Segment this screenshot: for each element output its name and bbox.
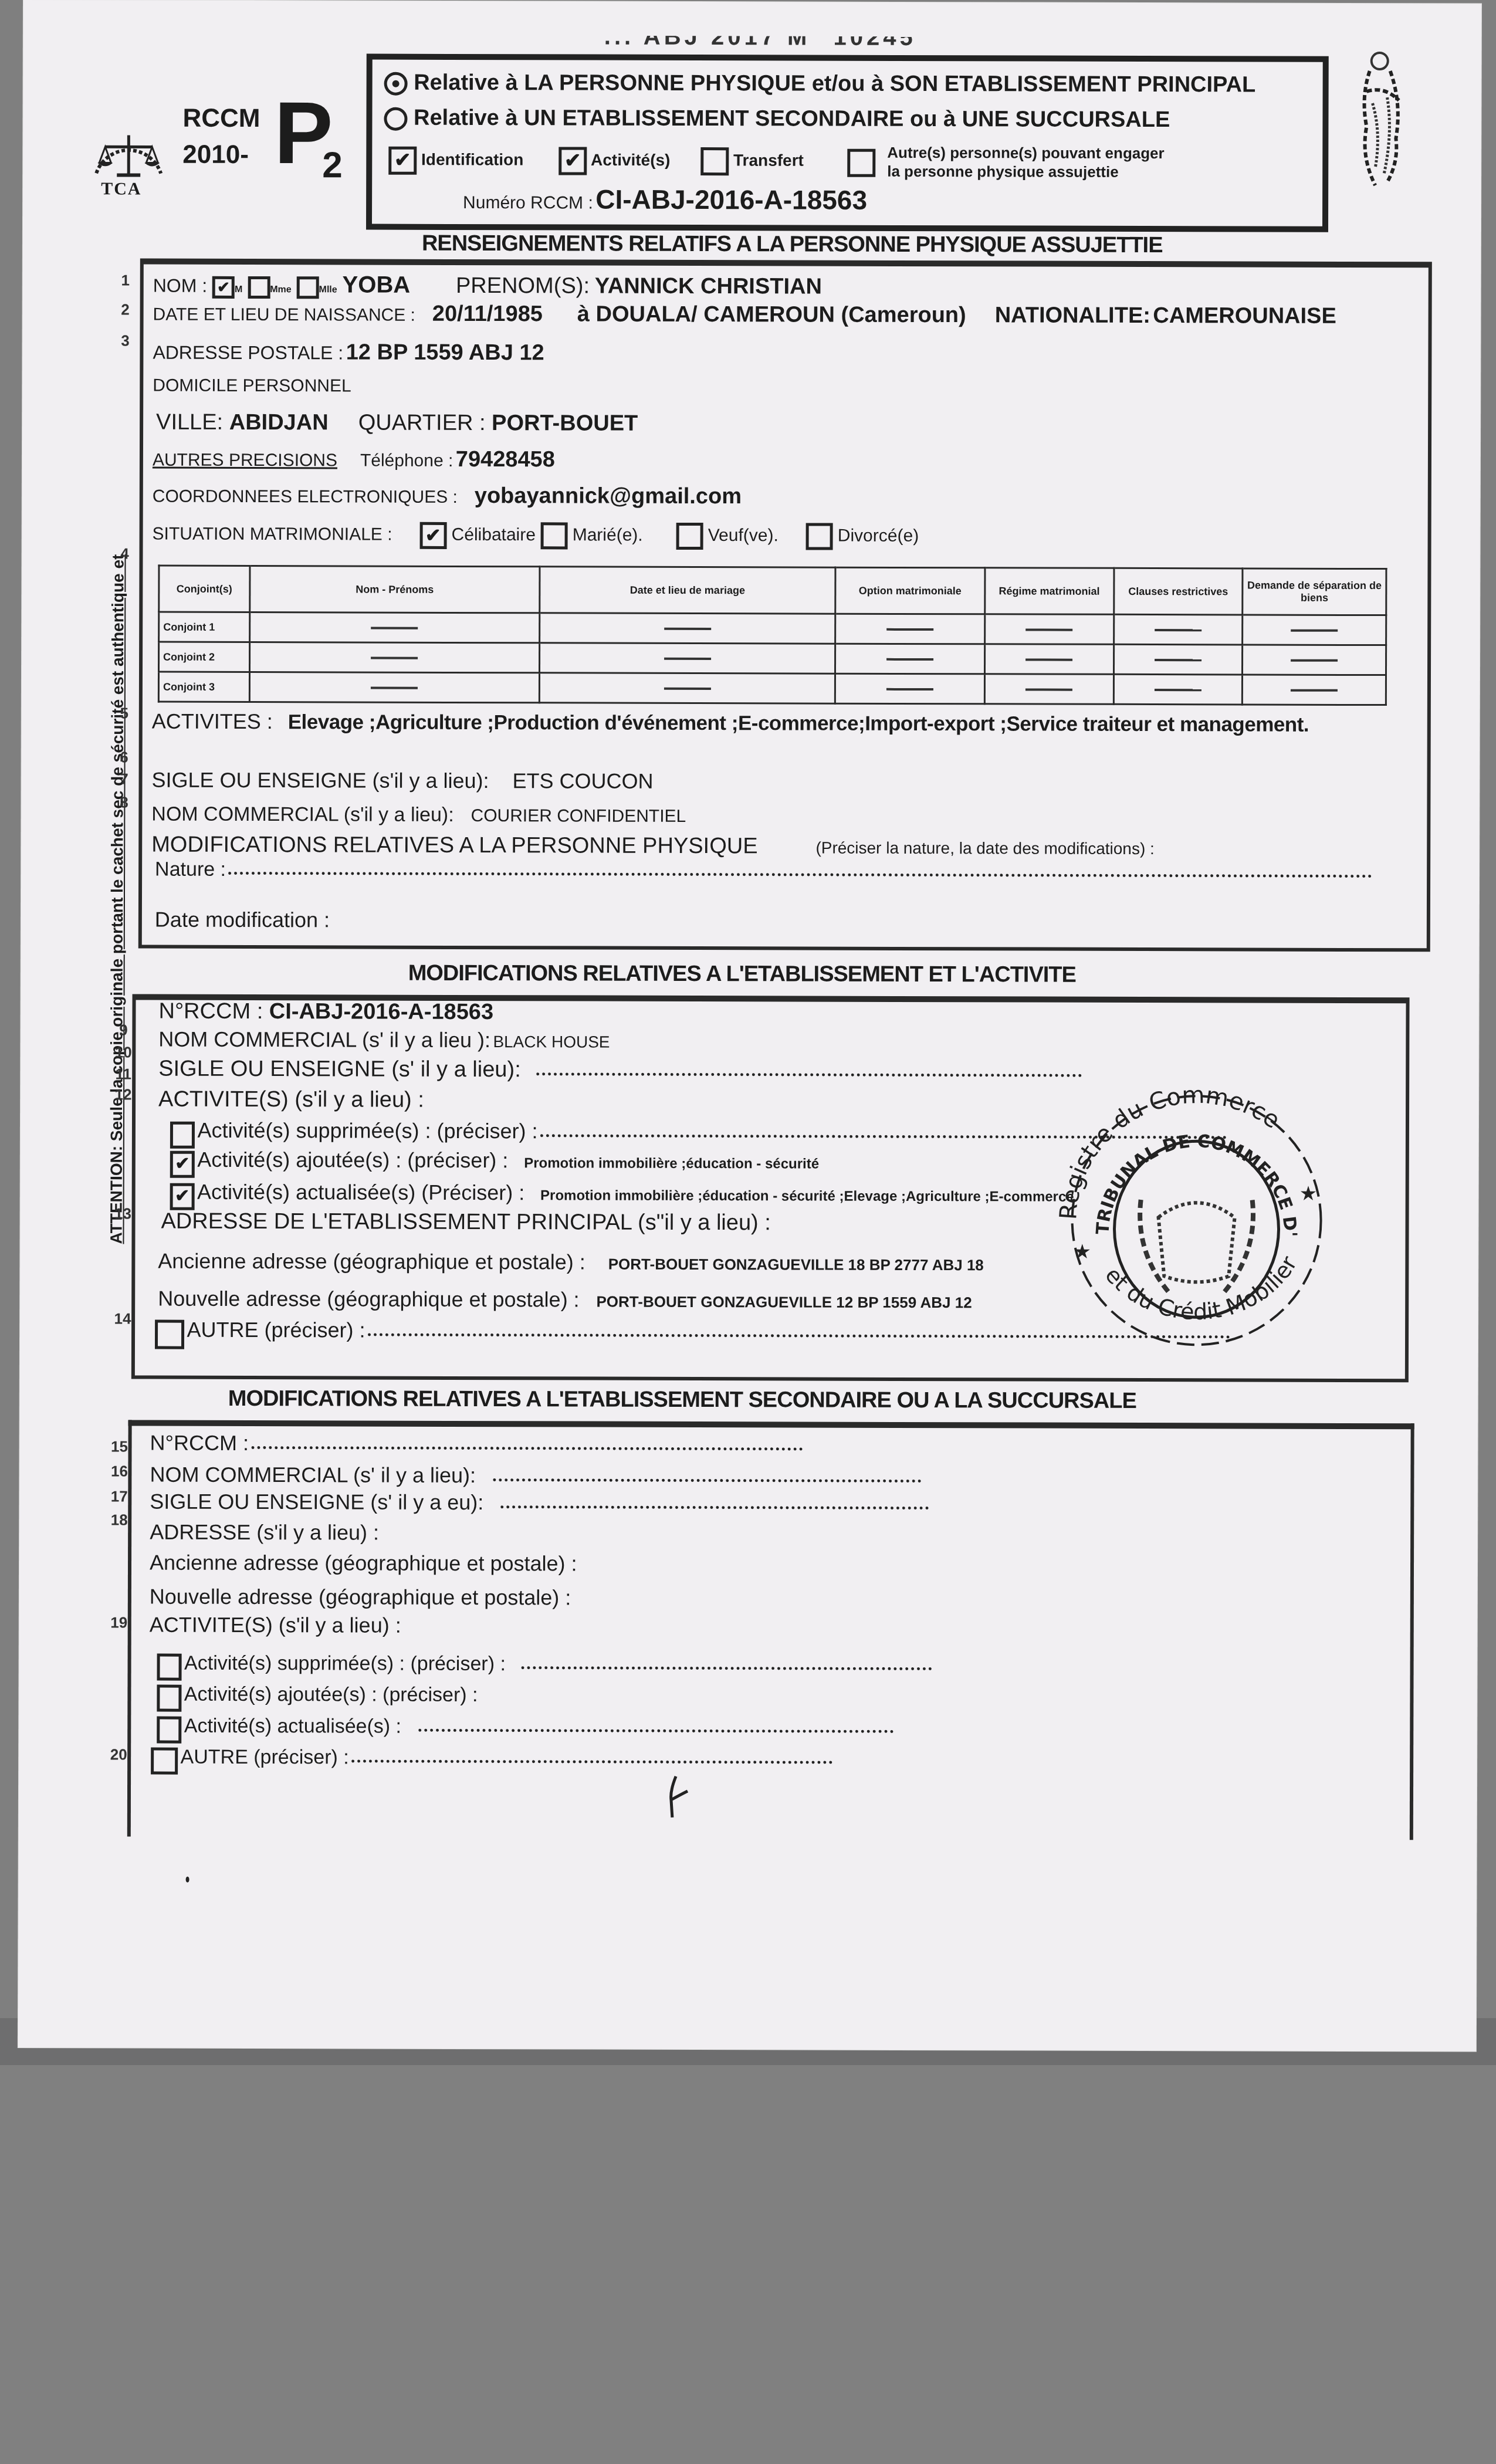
s3-activites-label: ACTIVITE(S) (s'il y a lieu) :	[150, 1613, 401, 1638]
option-label: Marié(e).	[573, 525, 643, 544]
logo-text: TCA	[101, 179, 141, 199]
svg-text:★: ★	[1073, 1241, 1091, 1263]
activity-label: Activité(s) supprimée(s) : (préciser) :	[197, 1118, 537, 1143]
row-number: 18	[101, 1511, 137, 1529]
autres-precisions-label: AUTRES PRECISIONS	[153, 451, 337, 471]
empty-cell-dash	[249, 672, 539, 703]
s2-rccm-row: N°RCCM : CI-ABJ-2016-A-18563	[158, 999, 493, 1025]
top-fragment-text: ... ABJ 2017 M° 10245	[604, 24, 916, 51]
s2-activite-actualisee: Activité(s) actualisée(s) (Préciser) : P…	[170, 1180, 1074, 1213]
stamp-seal-icon: Registre du Commerce et du Crédit Mobili…	[1052, 1082, 1341, 1359]
table-header: Option matrimoniale	[835, 567, 985, 614]
radio-personne-physique[interactable]	[384, 72, 408, 96]
section3-title: MODIFICATIONS RELATIVES A L'ETABLISSEMEN…	[228, 1386, 1136, 1414]
nom-commercial-label: NOM COMMERCIAL (s' il y a lieu ):	[158, 1027, 490, 1052]
s3-activite-supprimee-input-line[interactable]	[522, 1666, 932, 1670]
table-header: Conjoint(s)	[159, 566, 250, 612]
naissance-date: 20/11/1985	[432, 302, 543, 326]
row-number: 5	[107, 704, 142, 722]
empty-cell-dash	[1113, 644, 1243, 675]
conjoints-table: Conjoint(s) Nom - Prénoms Date et lieu d…	[158, 565, 1387, 706]
nouvelle-adresse-label: Nouvelle adresse (géographique et postal…	[158, 1287, 580, 1312]
dash-placeholder	[1155, 689, 1201, 691]
signature-mark-icon	[664, 1773, 693, 1820]
conjoint-label: Conjoint 3	[158, 672, 249, 702]
activity-label: Activité(s) actualisée(s) (Préciser) :	[197, 1180, 524, 1204]
s2-nouvelle-adresse-row: Nouvelle adresse (géographique et postal…	[158, 1287, 972, 1314]
rccm-value: CI-ABJ-2016-A-18563	[269, 999, 493, 1024]
form-subscript: 2	[322, 144, 343, 186]
form-code: RCCM 2010-	[182, 100, 260, 173]
checkbox-activites-box[interactable]	[559, 147, 587, 175]
official-stamp: Registre du Commerce et du Crédit Mobili…	[1052, 1082, 1341, 1359]
empty-cell-dash	[249, 642, 539, 673]
checkbox-transfert[interactable]: Transfert	[700, 147, 804, 175]
empty-cell-dash	[1243, 615, 1386, 645]
sigle-label: SIGLE OU ENSEIGNE (s' il y a lieu):	[158, 1057, 521, 1082]
empty-cell-dash	[1243, 645, 1386, 675]
activity-value: Promotion immobilière ;éducation - sécur…	[524, 1155, 819, 1172]
civility-label: M	[235, 285, 242, 295]
checkbox-autres-personnes-label: Autre(s) personne(s) pouvant engager la …	[887, 143, 1165, 181]
svg-text:★: ★	[1299, 1183, 1318, 1205]
civility-mme-checkbox[interactable]	[248, 276, 270, 299]
table-header: Nom - Prénoms	[250, 566, 540, 613]
row-number: 7	[106, 770, 141, 788]
s3-adresse-label: ADRESSE (s'il y a lieu) :	[150, 1520, 379, 1545]
ancienne-adresse-label: Ancienne adresse (géographique et postal…	[158, 1249, 585, 1274]
email-row: COORDONNEES ELECTRONIQUES : yobayannick@…	[153, 483, 742, 510]
dash-placeholder	[1155, 629, 1201, 631]
dash-placeholder	[664, 628, 711, 630]
activites-row: ACTIVITES : Elevage ;Agriculture ;Produc…	[152, 709, 1384, 738]
civility-label: Mme	[270, 285, 291, 295]
row-number: 13	[106, 1204, 141, 1223]
nom-commercial-row: NOM COMMERCIAL (s'il y a lieu): COURIER …	[151, 803, 686, 827]
row-number: 4	[107, 544, 142, 563]
checkbox-label: Identification	[421, 150, 523, 168]
naissance-lieu: à DOUALA/ CAMEROUN (Cameroun)	[577, 302, 966, 327]
sigle-label: SIGLE OU ENSEIGNE (s' il y a eu):	[150, 1490, 483, 1514]
autre-label: AUTRE (préciser) :	[181, 1746, 349, 1769]
activites-value: Elevage ;Agriculture ;Production d'événe…	[288, 709, 1384, 738]
ancienne-adresse-value: PORT-BOUET GONZAGUEVILLE 18 BP 2777 ABJ …	[608, 1255, 984, 1274]
rccm-label: N°RCCM :	[158, 999, 263, 1024]
s3-activite-supprimee: Activité(s) supprimée(s) : (préciser) :	[157, 1652, 932, 1683]
civility-m-checkbox[interactable]	[212, 276, 235, 298]
ville-label: VILLE:	[156, 410, 223, 435]
dash-placeholder	[1291, 659, 1338, 661]
checkbox-transfert-box[interactable]	[700, 147, 729, 175]
empty-cell-dash	[984, 674, 1113, 705]
row-number: 3	[107, 331, 143, 350]
empty-cell-dash	[1113, 614, 1243, 645]
conjoint-label: Conjoint 2	[159, 642, 250, 672]
nationalite-value: CAMEROUNAISE	[1153, 303, 1336, 329]
s3-activite-ajoutee: Activité(s) ajoutée(s) : (préciser) :	[157, 1683, 478, 1712]
modifications-hint: (Préciser la nature, la date des modific…	[815, 839, 1154, 858]
situation-matrimoniale-row: SITUATION MATRIMONIALE : Célibataire Mar…	[153, 522, 919, 550]
empty-cell-dash	[1113, 674, 1243, 705]
form-type-box: Relative à LA PERSONNE PHYSIQUE et/ou à …	[366, 54, 1329, 232]
dash-placeholder	[371, 627, 418, 629]
quartier-label: QUARTIER :	[358, 410, 486, 435]
s3-autre-row: AUTRE (préciser) :	[151, 1746, 832, 1776]
activite-ajoutee-checkbox[interactable]	[170, 1150, 195, 1177]
section1-title: RENSEIGNEMENTS RELATIFS A LA PERSONNE PH…	[422, 231, 1163, 258]
conjoint-label: Conjoint 1	[159, 612, 250, 642]
option-label: Relative à LA PERSONNE PHYSIQUE et/ou à …	[414, 70, 1255, 97]
domicile-label: DOMICILE PERSONNEL	[153, 376, 351, 397]
row-number: 14	[105, 1309, 140, 1328]
telephone-label: Téléphone :	[360, 451, 453, 471]
empty-cell-dash	[1243, 675, 1386, 705]
empty-cell-dash	[984, 644, 1113, 675]
dash-placeholder	[1025, 628, 1072, 631]
activite-actualisee-checkbox[interactable]	[170, 1183, 195, 1210]
nom-label: NOM :	[153, 275, 208, 296]
empty-cell-dash	[539, 643, 835, 673]
activity-label: Activité(s) ajoutée(s) : (préciser) :	[184, 1683, 478, 1706]
row-number: 20	[101, 1745, 136, 1764]
nature-input-line[interactable]	[229, 872, 1373, 878]
empty-cell-dash	[835, 644, 985, 674]
dash-placeholder	[1025, 688, 1072, 691]
empty-cell-dash	[540, 613, 835, 644]
label-line2: la personne physique assujettie	[887, 162, 1164, 181]
naissance-label: DATE ET LIEU DE NAISSANCE :	[153, 305, 415, 325]
option-label: Divorcé(e)	[838, 526, 919, 546]
nom-row: NOM : M Mme Mlle YOBA PRENOM(S): YANNICK…	[153, 272, 822, 300]
row-number: 12	[106, 1085, 141, 1104]
civility-label: Mlle	[319, 285, 337, 295]
row-number: 11	[106, 1065, 141, 1083]
rccm-value: CI-ABJ-2016-A-18563	[595, 184, 867, 215]
option-label: Célibataire	[452, 525, 536, 544]
row-number: 15	[102, 1437, 137, 1456]
nom-commercial-value: COURIER CONFIDENTIEL	[471, 806, 686, 826]
s3-autre-input-line[interactable]	[351, 1760, 832, 1764]
nouvelle-adresse-value: PORT-BOUET GONZAGUEVILLE 12 BP 1559 ABJ …	[597, 1293, 972, 1312]
nom-commercial-label: NOM COMMERCIAL (s' il y a lieu):	[150, 1463, 476, 1487]
rccm-label: N°RCCM :	[150, 1431, 249, 1455]
section2-title: MODIFICATIONS RELATIVES A L'ETABLISSEMEN…	[408, 961, 1076, 988]
checkbox-label: Transfert	[733, 151, 804, 170]
rccm-label: Numéro RCCM :	[463, 193, 593, 213]
checkbox-identification[interactable]: Identification	[388, 147, 523, 175]
s2-activite-ajoutee: Activité(s) ajoutée(s) : (préciser) : Pr…	[170, 1148, 819, 1180]
dash-placeholder	[1155, 659, 1201, 661]
dash-placeholder	[664, 688, 710, 690]
row-number: 1	[108, 271, 143, 289]
modifications-label: MODIFICATIONS RELATIVES A LA PERSONNE PH…	[151, 832, 757, 859]
dash-placeholder	[1291, 629, 1338, 631]
quartier-value: PORT-BOUET	[492, 411, 638, 436]
rccm-number: Numéro RCCM : CI-ABJ-2016-A-18563	[463, 183, 867, 216]
s2-adresse-label: ADRESSE DE L'ETABLISSEMENT PRINCIPAL (s"…	[161, 1209, 770, 1236]
s3-activite-actualisee: Activité(s) actualisée(s) :	[157, 1715, 893, 1745]
option-label: Veuf(ve).	[708, 526, 779, 545]
table-row: Conjoint 3	[158, 672, 1386, 705]
autre-checkbox[interactable]	[155, 1319, 184, 1349]
adresse-postale-row: ADRESSE POSTALE : 12 BP 1559 ABJ 12	[153, 340, 544, 366]
dash-placeholder	[886, 658, 933, 661]
nature-row: Nature :	[155, 858, 1373, 884]
s3-ancienne-adresse-label: Ancienne adresse (géographique et postal…	[150, 1551, 577, 1576]
row-number: 10	[106, 1043, 141, 1061]
prenoms-label: PRENOM(S):	[456, 273, 590, 299]
checkbox-label: Activité(s)	[591, 151, 670, 169]
s3-activite-actualisee-input-line[interactable]	[418, 1729, 893, 1733]
s2-activites-label: ACTIVITE(S) (s'il y a lieu) :	[158, 1087, 424, 1113]
dash-placeholder	[886, 628, 933, 631]
s3-activite-ajoutee-checkbox[interactable]	[157, 1684, 181, 1711]
marie-checkbox[interactable]	[540, 522, 567, 549]
table-header: Régime matrimonial	[985, 568, 1114, 615]
row-number: 16	[101, 1462, 137, 1480]
date-modification-label: Date modification :	[155, 908, 330, 933]
s3-activite-supprimee-checkbox[interactable]	[157, 1653, 182, 1680]
adresse-label: ADRESSE POSTALE :	[153, 342, 343, 364]
row-number: 8	[106, 793, 141, 811]
activites-label: ACTIVITES :	[152, 709, 273, 735]
checkbox-identification-box[interactable]	[388, 147, 417, 175]
empty-cell-dash	[835, 673, 984, 704]
autre-label: AUTRE (préciser) :	[187, 1318, 365, 1342]
email-value: yobayannick@gmail.com	[475, 483, 742, 509]
s3-rccm-row: N°RCCM :	[150, 1431, 803, 1457]
stray-mark	[186, 1877, 189, 1883]
civility-mlle-checkbox[interactable]	[297, 276, 319, 299]
table-header: Clauses restrictives	[1113, 568, 1243, 615]
signature	[664, 1773, 693, 1820]
row-number: 9	[106, 1021, 141, 1039]
s3-autre-checkbox[interactable]	[151, 1747, 178, 1774]
naissance-row: DATE ET LIEU DE NAISSANCE : 20/11/1985 à…	[153, 301, 1336, 329]
s3-nouvelle-adresse-label: Nouvelle adresse (géographique et postal…	[150, 1585, 571, 1610]
ville-value: ABIDJAN	[229, 410, 329, 435]
s3-activite-actualisee-checkbox[interactable]	[157, 1716, 181, 1743]
sigle-input-line[interactable]	[537, 1073, 1082, 1077]
email-label: COORDONNEES ELECTRONIQUES :	[153, 487, 458, 507]
tca-logo: TCA	[84, 120, 172, 197]
empty-cell-dash	[250, 612, 540, 643]
s3-rccm-input-line[interactable]	[251, 1446, 803, 1450]
sigle-row: SIGLE OU ENSEIGNE (s'il y a lieu): ETS C…	[151, 768, 653, 794]
nom-commercial-value: BLACK HOUSE	[493, 1033, 610, 1051]
divorce-checkbox[interactable]	[805, 523, 832, 550]
table-header: Date et lieu de mariage	[540, 567, 835, 614]
nom-commercial-label: NOM COMMERCIAL (s'il y a lieu):	[151, 803, 453, 826]
adresse-value: 12 BP 1559 ABJ 12	[346, 340, 544, 365]
s3-sigle-input-line[interactable]	[500, 1505, 929, 1509]
attention-side-note: ATTENTION: Seule la copie originale port…	[107, 554, 127, 1244]
activity-label: Activité(s) ajoutée(s) : (préciser) :	[197, 1148, 508, 1172]
s2-nom-commercial-row: NOM COMMERCIAL (s' il y a lieu ): BLACK …	[158, 1027, 610, 1053]
telephone-value: 79428458	[456, 447, 555, 472]
s3-sigle-row: SIGLE OU ENSEIGNE (s' il y a eu):	[150, 1490, 929, 1516]
empty-cell-dash	[835, 614, 985, 644]
checkbox-autres-personnes-box[interactable]	[847, 149, 875, 177]
row-number: 2	[108, 300, 143, 319]
empty-cell-dash	[539, 673, 835, 703]
matrimoniale-label: SITUATION MATRIMONIALE :	[153, 524, 392, 544]
row-number: 19	[101, 1613, 137, 1632]
sigle-value: ETS COUCON	[513, 769, 654, 793]
veuf-checkbox[interactable]	[676, 523, 703, 550]
s3-nom-commercial-row: NOM COMMERCIAL (s' il y a lieu):	[150, 1463, 921, 1489]
nature-label: Nature :	[155, 858, 226, 881]
activity-label: Activité(s) actualisée(s) :	[184, 1715, 401, 1738]
row-number: 17	[101, 1487, 137, 1505]
dash-placeholder	[886, 688, 933, 691]
dash-placeholder	[1025, 658, 1072, 661]
celibataire-checkbox[interactable]	[419, 522, 446, 549]
marianne-icon	[1343, 45, 1414, 191]
marianne-emblem	[1343, 45, 1414, 191]
dash-placeholder	[1291, 689, 1338, 691]
activity-label: Activité(s) supprimée(s) : (préciser) :	[184, 1652, 506, 1675]
table-row: Conjoint 1	[159, 612, 1386, 645]
empty-cell-dash	[984, 614, 1113, 645]
activity-value: Promotion immobilière ;éducation - sécur…	[540, 1187, 1074, 1204]
label-line1: Autre(s) personne(s) pouvant engager	[887, 143, 1164, 163]
table-header: Demande de séparation de biens	[1243, 568, 1386, 615]
nom-value: YOBA	[343, 272, 411, 297]
form-code-line1: RCCM	[182, 100, 260, 137]
scan-background	[0, 2065, 1496, 2464]
option-label: Relative à UN ETABLISSEMENT SECONDAIRE o…	[414, 106, 1170, 132]
s2-ancienne-adresse-row: Ancienne adresse (géographique et postal…	[158, 1249, 984, 1276]
modifications-row: MODIFICATIONS RELATIVES A LA PERSONNE PH…	[151, 832, 1155, 860]
checkbox-autres-personnes[interactable]	[847, 149, 875, 177]
sigle-label: SIGLE OU ENSEIGNE (s'il y a lieu):	[151, 768, 489, 793]
dash-placeholder	[371, 686, 418, 689]
form-code-line2: 2010-	[182, 137, 260, 173]
prenoms-value: YANNICK CHRISTIAN	[595, 274, 822, 299]
dash-placeholder	[664, 658, 711, 660]
row-number: 6	[107, 748, 142, 766]
document-page: ... ABJ 2017 M° 10245 TCA RCCM 2010- P 2…	[18, 0, 1481, 2051]
ville-row: VILLE: ABIDJAN QUARTIER : PORT-BOUET	[156, 410, 638, 436]
radio-etablissement-secondaire[interactable]	[384, 107, 407, 131]
checkbox-activites[interactable]: Activité(s)	[559, 147, 670, 175]
option-etablissement-secondaire[interactable]: Relative à UN ETABLISSEMENT SECONDAIRE o…	[384, 106, 1170, 133]
option-personne-physique[interactable]: Relative à LA PERSONNE PHYSIQUE et/ou à …	[384, 70, 1256, 98]
s3-nom-commercial-input-line[interactable]	[493, 1478, 921, 1483]
activite-supprimee-checkbox[interactable]	[170, 1121, 195, 1148]
autres-precisions-row: AUTRES PRECISIONS Téléphone : 79428458	[153, 446, 555, 473]
s2-sigle-row: SIGLE OU ENSEIGNE (s' il y a lieu):	[158, 1057, 1082, 1084]
table-row: Conjoint 2	[159, 642, 1386, 675]
nationalite-label: NATIONALITE:	[995, 303, 1150, 328]
dash-placeholder	[371, 656, 418, 659]
